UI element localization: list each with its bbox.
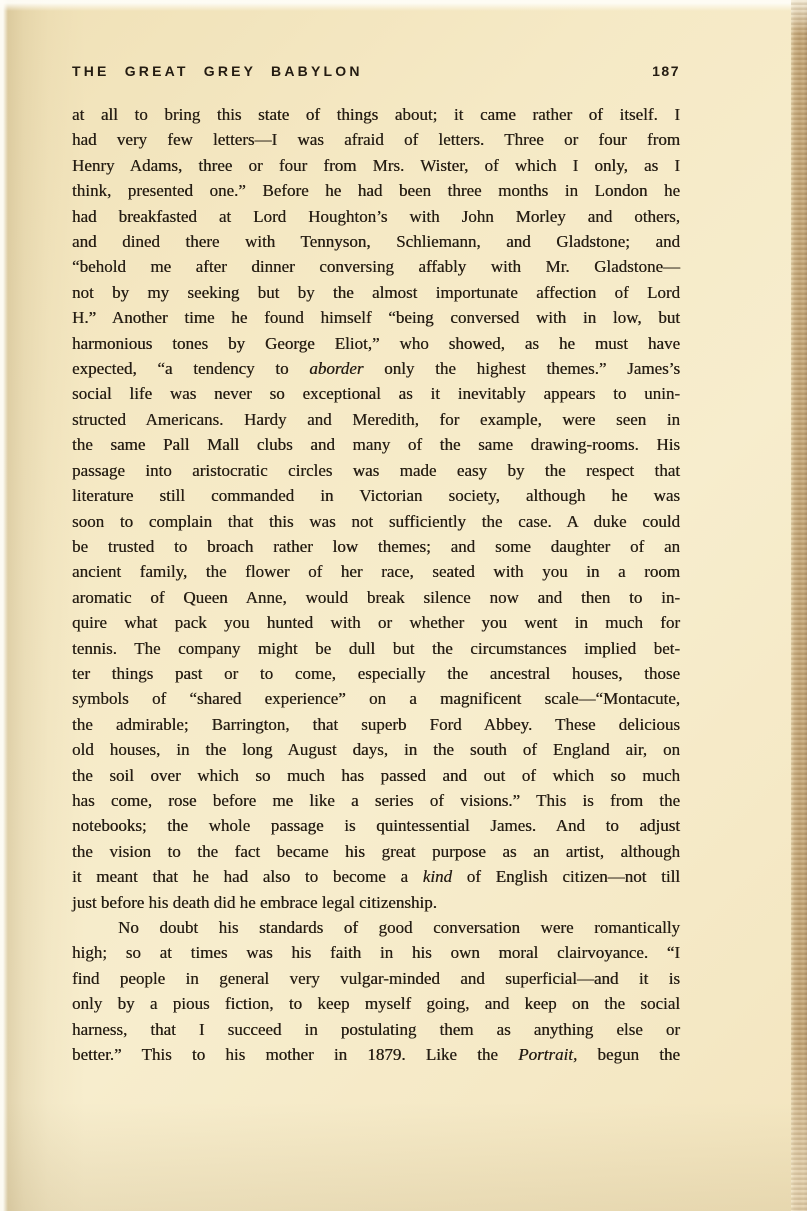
text-line: “behold me after dinner conversing affab… [72, 254, 680, 279]
text-line: ter things past or to come, especially t… [72, 661, 680, 686]
text-line: ancient family, the flower of her race, … [72, 559, 680, 584]
text-line: at all to bring this state of things abo… [72, 102, 680, 127]
text-block: at all to bring this state of things abo… [72, 102, 680, 1067]
text-line: the admirable; Barrington, that superb F… [72, 712, 680, 737]
text-line: social life was never so exceptional as … [72, 381, 680, 406]
text-line: No doubt his standards of good conversat… [72, 915, 680, 940]
text-line: not by my seeking but by the almost impo… [72, 280, 680, 305]
running-head: THE GREAT GREY BABYLON 187 [72, 63, 680, 79]
text-line: had very few letters—I was afraid of let… [72, 127, 680, 152]
text-line: the same Pall Mall clubs and many of the… [72, 432, 680, 457]
text-line: just before his death did he embrace leg… [72, 890, 680, 915]
text-line: aromatic of Queen Anne, would break sile… [72, 585, 680, 610]
text-line: has come, rose before me like a series o… [72, 788, 680, 813]
book-fore-edge [791, 0, 807, 1211]
page-number: 187 [652, 63, 680, 79]
text-line: harness, that I succeed in postulating t… [72, 1017, 680, 1042]
text-line: the vision to the fact became his great … [72, 839, 680, 864]
text-line: harmonious tones by George Eliot,” who s… [72, 331, 680, 356]
text-line: it meant that he had also to become a ki… [72, 864, 680, 889]
text-line: the soil over which so much has passed a… [72, 763, 680, 788]
text-line: notebooks; the whole passage is quintess… [72, 813, 680, 838]
text-line: expected, “a tendency to aborder only th… [72, 356, 680, 381]
running-head-title: THE GREAT GREY BABYLON [72, 63, 363, 79]
text-line: high; so at times was his faith in his o… [72, 940, 680, 965]
text-line: H.” Another time he found himself “being… [72, 305, 680, 330]
text-line: passage into aristocratic circles was ma… [72, 458, 680, 483]
book-page-scan: THE GREAT GREY BABYLON 187 at all to bri… [0, 0, 807, 1211]
text-line: Henry Adams, three or four from Mrs. Wis… [72, 153, 680, 178]
text-line: literature still commanded in Victorian … [72, 483, 680, 508]
text-line: only by a pious fiction, to keep myself … [72, 991, 680, 1016]
text-line: find people in general very vulgar-minde… [72, 966, 680, 991]
text-line: structed Americans. Hardy and Meredith, … [72, 407, 680, 432]
text-line: soon to complain that this was not suffi… [72, 509, 680, 534]
text-line: and dined there with Tennyson, Schlieman… [72, 229, 680, 254]
text-line: old houses, in the long August days, in … [72, 737, 680, 762]
text-line: symbols of “shared experience” on a magn… [72, 686, 680, 711]
text-line: quire what pack you hunted with or wheth… [72, 610, 680, 635]
text-line: be trusted to broach rather low themes; … [72, 534, 680, 559]
text-line: think, presented one.” Before he had bee… [72, 178, 680, 203]
text-line: better.” This to his mother in 1879. Lik… [72, 1042, 680, 1067]
text-line: had breakfasted at Lord Houghton’s with … [72, 204, 680, 229]
text-line: tennis. The company might be dull but th… [72, 636, 680, 661]
